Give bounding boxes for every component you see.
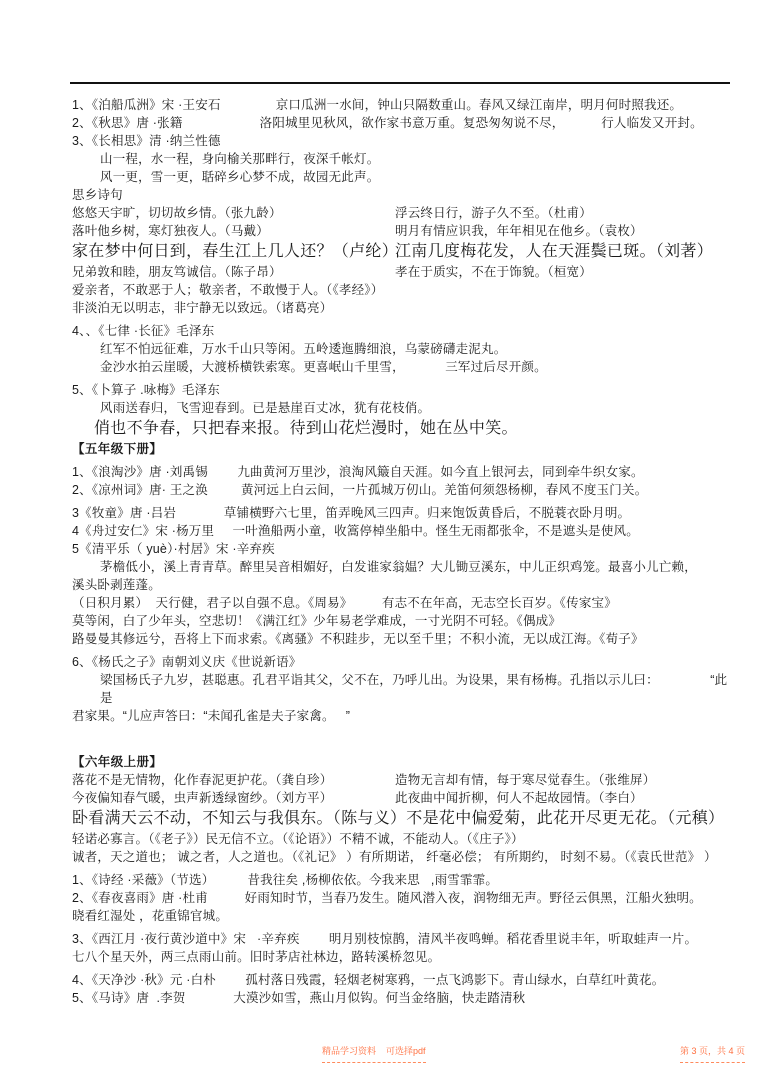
couplet-row: 落叶他乡树，寒灯独夜人。（马戴）明月有情应识我，年年相见在他乡。（袁枚）	[72, 222, 732, 240]
line-text: 【五年级下册】	[72, 442, 162, 456]
text-line: 茅檐低小，溪上青青草。醉里吴音相媚好，白发谁家翁媪？大儿锄豆溪东，中儿正织鸡笼。…	[72, 558, 732, 576]
text-line: 晓看红湿处 ，花重锦官城。	[72, 907, 732, 925]
line-text: 1、《诗经 ·采薇》（节选） 昔我往矣 ,杨柳依依。今我来思 ,雨雪霏霏。	[72, 873, 498, 887]
line-text: 茅檐低小，溪上青青草。醉里吴音相媚好，白发谁家翁媪？大儿锄豆溪东，中儿正织鸡笼。…	[100, 560, 697, 574]
couplet-row: 悠悠天宇旷，切切故乡情。（张九龄）浮云终日行，游子久不至。（杜甫）	[72, 204, 732, 222]
line-text: 溪头卧剥莲蓬。	[72, 578, 161, 592]
text-line: 路曼曼其修远兮，吾将上下而求索。《离骚》不积跬步，无以至千里；不积小流，无以成江…	[72, 630, 732, 648]
couplet-left: 落叶他乡树，寒灯独夜人。（马戴）	[72, 222, 395, 240]
text-line: 梁国杨氏子九岁，甚聪惠。孔君平诣其父，父不在，乃呼儿出。为设果，果有杨梅。孔指以…	[72, 671, 732, 707]
footer-watermark: 精品学习资料 可选择pdf	[322, 1044, 426, 1063]
couplet-left: 落花不是无情物，化作春泥更护花。（龚自珍）	[72, 771, 395, 789]
line-text: 4《舟过安仁》宋 ·杨万里 一叶渔船两小童，收篙停棹坐船中。怪生无雨都张伞，不是…	[72, 524, 639, 538]
text-line: 君家果。“儿应声答曰：“未闻孔雀是夫子家禽。 ”	[72, 707, 732, 725]
line-text: 【六年级上册】	[72, 755, 162, 769]
footer-page-number: 第 3 页，共 4 页	[680, 1044, 745, 1063]
section-header: 【五年级下册】	[72, 440, 732, 458]
text-line: 6、《杨氏之子》南朝刘义庆《世说新语》	[72, 653, 732, 671]
text-line: 溪头卧剥莲蓬。	[72, 576, 732, 594]
document-page: 1、《泊船瓜洲》宋 ·王安石 京口瓜洲一水间，钟山只隔数重山。春风又绿江南岸，明…	[0, 0, 762, 1080]
text-line: 金沙水拍云崖暖，大渡桥横铁索寒。更喜岷山千里雪， 三军过后尽开颜。	[72, 358, 732, 376]
text-line: 5《清平乐（ yuè）·村居》宋 ·辛弃疾	[72, 540, 732, 558]
text-line: 俏也不争春，只把春来报。待到山花烂漫时，她在丛中笑。	[72, 417, 732, 440]
line-text: 莫等闲，白了少年头，空悲切！《满江红》少年易老学难成，一寸光阴不可轻。《偶成》	[72, 614, 561, 628]
line-text: （日积月累） 天行健，君子以自强不息。《周易》 有志不在年高，无志空长百岁。《传…	[72, 596, 617, 610]
text-line: 1、《泊船瓜洲》宋 ·王安石 京口瓜洲一水间，钟山只隔数重山。春风又绿江南岸，明…	[72, 96, 732, 114]
text-line: 七八个星天外，两三点雨山前。旧时茅店社林边，路转溪桥忽见。	[72, 948, 732, 966]
text-line: 4、、《七律 ·长征》毛泽东	[72, 322, 732, 340]
page-footer: 精品学习资料 可选择pdf 第 3 页，共 4 页	[0, 1044, 762, 1070]
couplet-right: 浮云终日行，游子久不至。（杜甫）	[395, 204, 732, 222]
text-line: 卧看满天云不动，不知云与我俱东。（陈与义）不是花中偏爱菊，此花开尽更无花。（元稹…	[72, 807, 732, 830]
couplet-left: 兄弟敦和睦，朋友笃诚信。（陈子昂）	[72, 263, 395, 281]
line-text: 七八个星天外，两三点雨山前。旧时茅店社林边，路转溪桥忽见。	[72, 950, 440, 964]
couplet-left: 今夜偏知春气暖，虫声新透绿窗纱。（刘方平）	[72, 789, 395, 807]
line-text: 俏也不争春，只把春来报。待到山花烂漫时，她在丛中笑。	[94, 420, 518, 437]
line-text: 3、《长相思》清 ·纳兰性德	[72, 134, 221, 148]
couplet-row: 落花不是无情物，化作春泥更护花。（龚自珍）造物无言却有情，每于寒尽觉春生。（张维…	[72, 771, 732, 789]
text-line: 风一更，雪一更，聒碎乡心梦不成，故园无此声。	[72, 168, 732, 186]
line-text: 思乡诗句	[72, 188, 123, 202]
line-text: 风雨送春归，飞雪迎春到。已是悬崖百丈冰，犹有花枝俏。	[100, 401, 430, 415]
couplet-row: 兄弟敦和睦，朋友笃诚信。（陈子昂）孝在于质实，不在于饰貌。（桓宽）	[72, 263, 732, 281]
text-line: 4、《天净沙 ·秋》元 ·白朴 孤村落日残霞，轻烟老树寒鸦，一点飞鸿影下。青山绿…	[72, 971, 732, 989]
line-text: 2、《秋思》唐 ·张籍 洛阳城里见秋风，欲作家书意万重。复恐匆匆说不尽， 行人临…	[72, 116, 703, 130]
line-text: 5、《卜算子 .咏梅》毛泽东	[72, 383, 220, 397]
text-line: 红军不怕远征难，万水千山只等闲。五岭逶迤腾细浪，乌蒙磅礴走泥丸。	[72, 340, 732, 358]
couplet-row: 今夜偏知春气暖，虫声新透绿窗纱。（刘方平）此夜曲中闻折柳，何人不起故园情。（李白…	[72, 789, 732, 807]
line-text: 4、、《七律 ·长征》毛泽东	[72, 324, 214, 338]
line-text: 君家果。“儿应声答曰：“未闻孔雀是夫子家禽。 ”	[72, 709, 350, 723]
line-text: 诚者，天之道也； 诚之者，人之道也。（《礼记》 ）有所期诺， 纤毫必偿； 有所期…	[72, 850, 717, 864]
text-line: 2、《秋思》唐 ·张籍 洛阳城里见秋风，欲作家书意万重。复恐匆匆说不尽， 行人临…	[72, 114, 732, 132]
line-text: 3《牧童》唐 ·吕岩 草铺横野六七里，笛弄晚风三四声。归来饱饭黄昏后，不脱蓑衣卧…	[72, 506, 630, 520]
line-text: 爱亲者，不敢恶于人；敬亲者，不敢慢于人。（《孝经》）	[72, 283, 383, 297]
line-text: 金沙水拍云崖暖，大渡桥横铁索寒。更喜岷山千里雪， 三军过后尽开颜。	[100, 360, 547, 374]
couplet-left: 悠悠天宇旷，切切故乡情。（张九龄）	[72, 204, 395, 222]
text-line: 轻诺必寡言。（《老子》）民无信不立。（《论语》）不精不诚，不能动人。（《庄子》）	[72, 830, 732, 848]
line-text: 5《清平乐（ yuè）·村居》宋 ·辛弃疾	[72, 542, 275, 556]
text-line: （日积月累） 天行健，君子以自强不息。《周易》 有志不在年高，无志空长百岁。《传…	[72, 594, 732, 612]
couplet-left: 家在梦中何日到，春生江上几人还？（卢纶）	[72, 240, 395, 263]
line-text: 梁国杨氏子九岁，甚聪惠。孔君平诣其父，父不在，乃呼儿出。为设果，果有杨梅。孔指以…	[100, 673, 727, 705]
line-text: 1、《泊船瓜洲》宋 ·王安石 京口瓜洲一水间，钟山只隔数重山。春风又绿江南岸，明…	[72, 98, 682, 112]
text-line: 诚者，天之道也； 诚之者，人之道也。（《礼记》 ）有所期诺， 纤毫必偿； 有所期…	[72, 848, 732, 866]
line-text: 6、《杨氏之子》南朝刘义庆《世说新语》	[72, 655, 302, 669]
text-line: 3《牧童》唐 ·吕岩 草铺横野六七里，笛弄晚风三四声。归来饱饭黄昏后，不脱蓑衣卧…	[72, 504, 732, 522]
text-line: 1、《诗经 ·采薇》（节选） 昔我往矣 ,杨柳依依。今我来思 ,雨雪霏霏。	[72, 871, 732, 889]
text-line: 爱亲者，不敢恶于人；敬亲者，不敢慢于人。（《孝经》）	[72, 281, 732, 299]
line-text: 2、《凉州词》唐· 王之涣 黄河远上白云间，一片孤城万仞山。羌笛何须怨杨柳，春风…	[72, 483, 647, 497]
couplet-right: 此夜曲中闻折柳，何人不起故园情。（李白）	[395, 789, 732, 807]
text-line: 莫等闲，白了少年头，空悲切！《满江红》少年易老学难成，一寸光阴不可轻。《偶成》	[72, 612, 732, 630]
couplet-row: 家在梦中何日到，春生江上几人还？（卢纶）江南几度梅花发，人在天涯鬓已斑。（刘著）	[72, 240, 732, 263]
text-line: 风雨送春归，飞雪迎春到。已是悬崖百丈冰，犹有花枝俏。	[72, 399, 732, 417]
text-line: 非淡泊无以明志，非宁静无以致远。（诸葛亮）	[72, 299, 732, 317]
couplet-right: 江南几度梅花发，人在天涯鬓已斑。（刘著）	[395, 240, 732, 263]
couplet-right: 孝在于质实，不在于饰貌。（桓宽）	[395, 263, 732, 281]
header-rule	[70, 82, 730, 84]
text-line: 2、《春夜喜雨》唐 ·杜甫 好雨知时节，当春乃发生。随风潜入夜，润物细无声。野径…	[72, 889, 732, 907]
line-text: 卧看满天云不动，不知云与我俱东。（陈与义）不是花中偏爱菊，此花开尽更无花。（元稹…	[72, 810, 724, 827]
line-text: 山一程，水一程，身向榆关那畔行，夜深千帐灯。	[100, 152, 379, 166]
line-text: 晓看红湿处 ，花重锦官城。	[72, 909, 228, 923]
line-text: 风一更，雪一更，聒碎乡心梦不成，故园无此声。	[100, 170, 379, 184]
line-text: 5、《马诗》唐 .李贺 大漠沙如雪，燕山月似钩。何当金络脑，快走踏清秋	[72, 991, 525, 1005]
line-text: 1、《浪淘沙》唐 ·刘禹锡 九曲黄河万里沙，浪淘风簸自天涯。如今直上银河去，同到…	[72, 465, 644, 479]
text-line: 思乡诗句	[72, 186, 732, 204]
line-text: 2、《春夜喜雨》唐 ·杜甫 好雨知时节，当春乃发生。随风潜入夜，润物细无声。野径…	[72, 891, 702, 905]
lines-container: 1、《泊船瓜洲》宋 ·王安石 京口瓜洲一水间，钟山只隔数重山。春风又绿江南岸，明…	[72, 96, 732, 1007]
line-text: 轻诺必寡言。（《老子》）民无信不立。（《论语》）不精不诚，不能动人。（《庄子》）	[72, 832, 524, 846]
text-line: 3、《西江月 ·夜行黄沙道中》宋 ·辛弃疾 明月别枝惊鹊，清风半夜鸣蝉。稻花香里…	[72, 930, 732, 948]
text-line: 2、《凉州词》唐· 王之涣 黄河远上白云间，一片孤城万仞山。羌笛何须怨杨柳，春风…	[72, 481, 732, 499]
text-line: 5、《卜算子 .咏梅》毛泽东	[72, 381, 732, 399]
section-header: 【六年级上册】	[72, 753, 732, 771]
couplet-right: 明月有情应识我，年年相见在他乡。（袁枚）	[395, 222, 732, 240]
line-text: 3、《西江月 ·夜行黄沙道中》宋 ·辛弃疾 明月别枝惊鹊，清风半夜鸣蝉。稻花香里…	[72, 932, 697, 946]
text-line: 4《舟过安仁》宋 ·杨万里 一叶渔船两小童，收篙停棹坐船中。怪生无雨都张伞，不是…	[72, 522, 732, 540]
text-line: 5、《马诗》唐 .李贺 大漠沙如雪，燕山月似钩。何当金络脑，快走踏清秋	[72, 989, 732, 1007]
text-line: 3、《长相思》清 ·纳兰性德	[72, 132, 732, 150]
couplet-right: 造物无言却有情，每于寒尽觉春生。（张维屏）	[395, 771, 732, 789]
document-content: 1、《泊船瓜洲》宋 ·王安石 京口瓜洲一水间，钟山只隔数重山。春风又绿江南岸，明…	[72, 96, 732, 1007]
text-line: 山一程，水一程，身向榆关那畔行，夜深千帐灯。	[72, 150, 732, 168]
line-text: 路曼曼其修远兮，吾将上下而求索。《离骚》不积跬步，无以至千里；不积小流，无以成江…	[72, 632, 644, 646]
line-text: 非淡泊无以明志，非宁静无以致远。（诸葛亮）	[72, 301, 332, 315]
line-text: 4、《天净沙 ·秋》元 ·白朴 孤村落日残霞，轻烟老树寒鸦，一点飞鸿影下。青山绿…	[72, 973, 664, 987]
text-line: 1、《浪淘沙》唐 ·刘禹锡 九曲黄河万里沙，浪淘风簸自天涯。如今直上银河去，同到…	[72, 463, 732, 481]
line-text: 红军不怕远征难，万水千山只等闲。五岭逶迤腾细浪，乌蒙磅礴走泥丸。	[100, 342, 506, 356]
